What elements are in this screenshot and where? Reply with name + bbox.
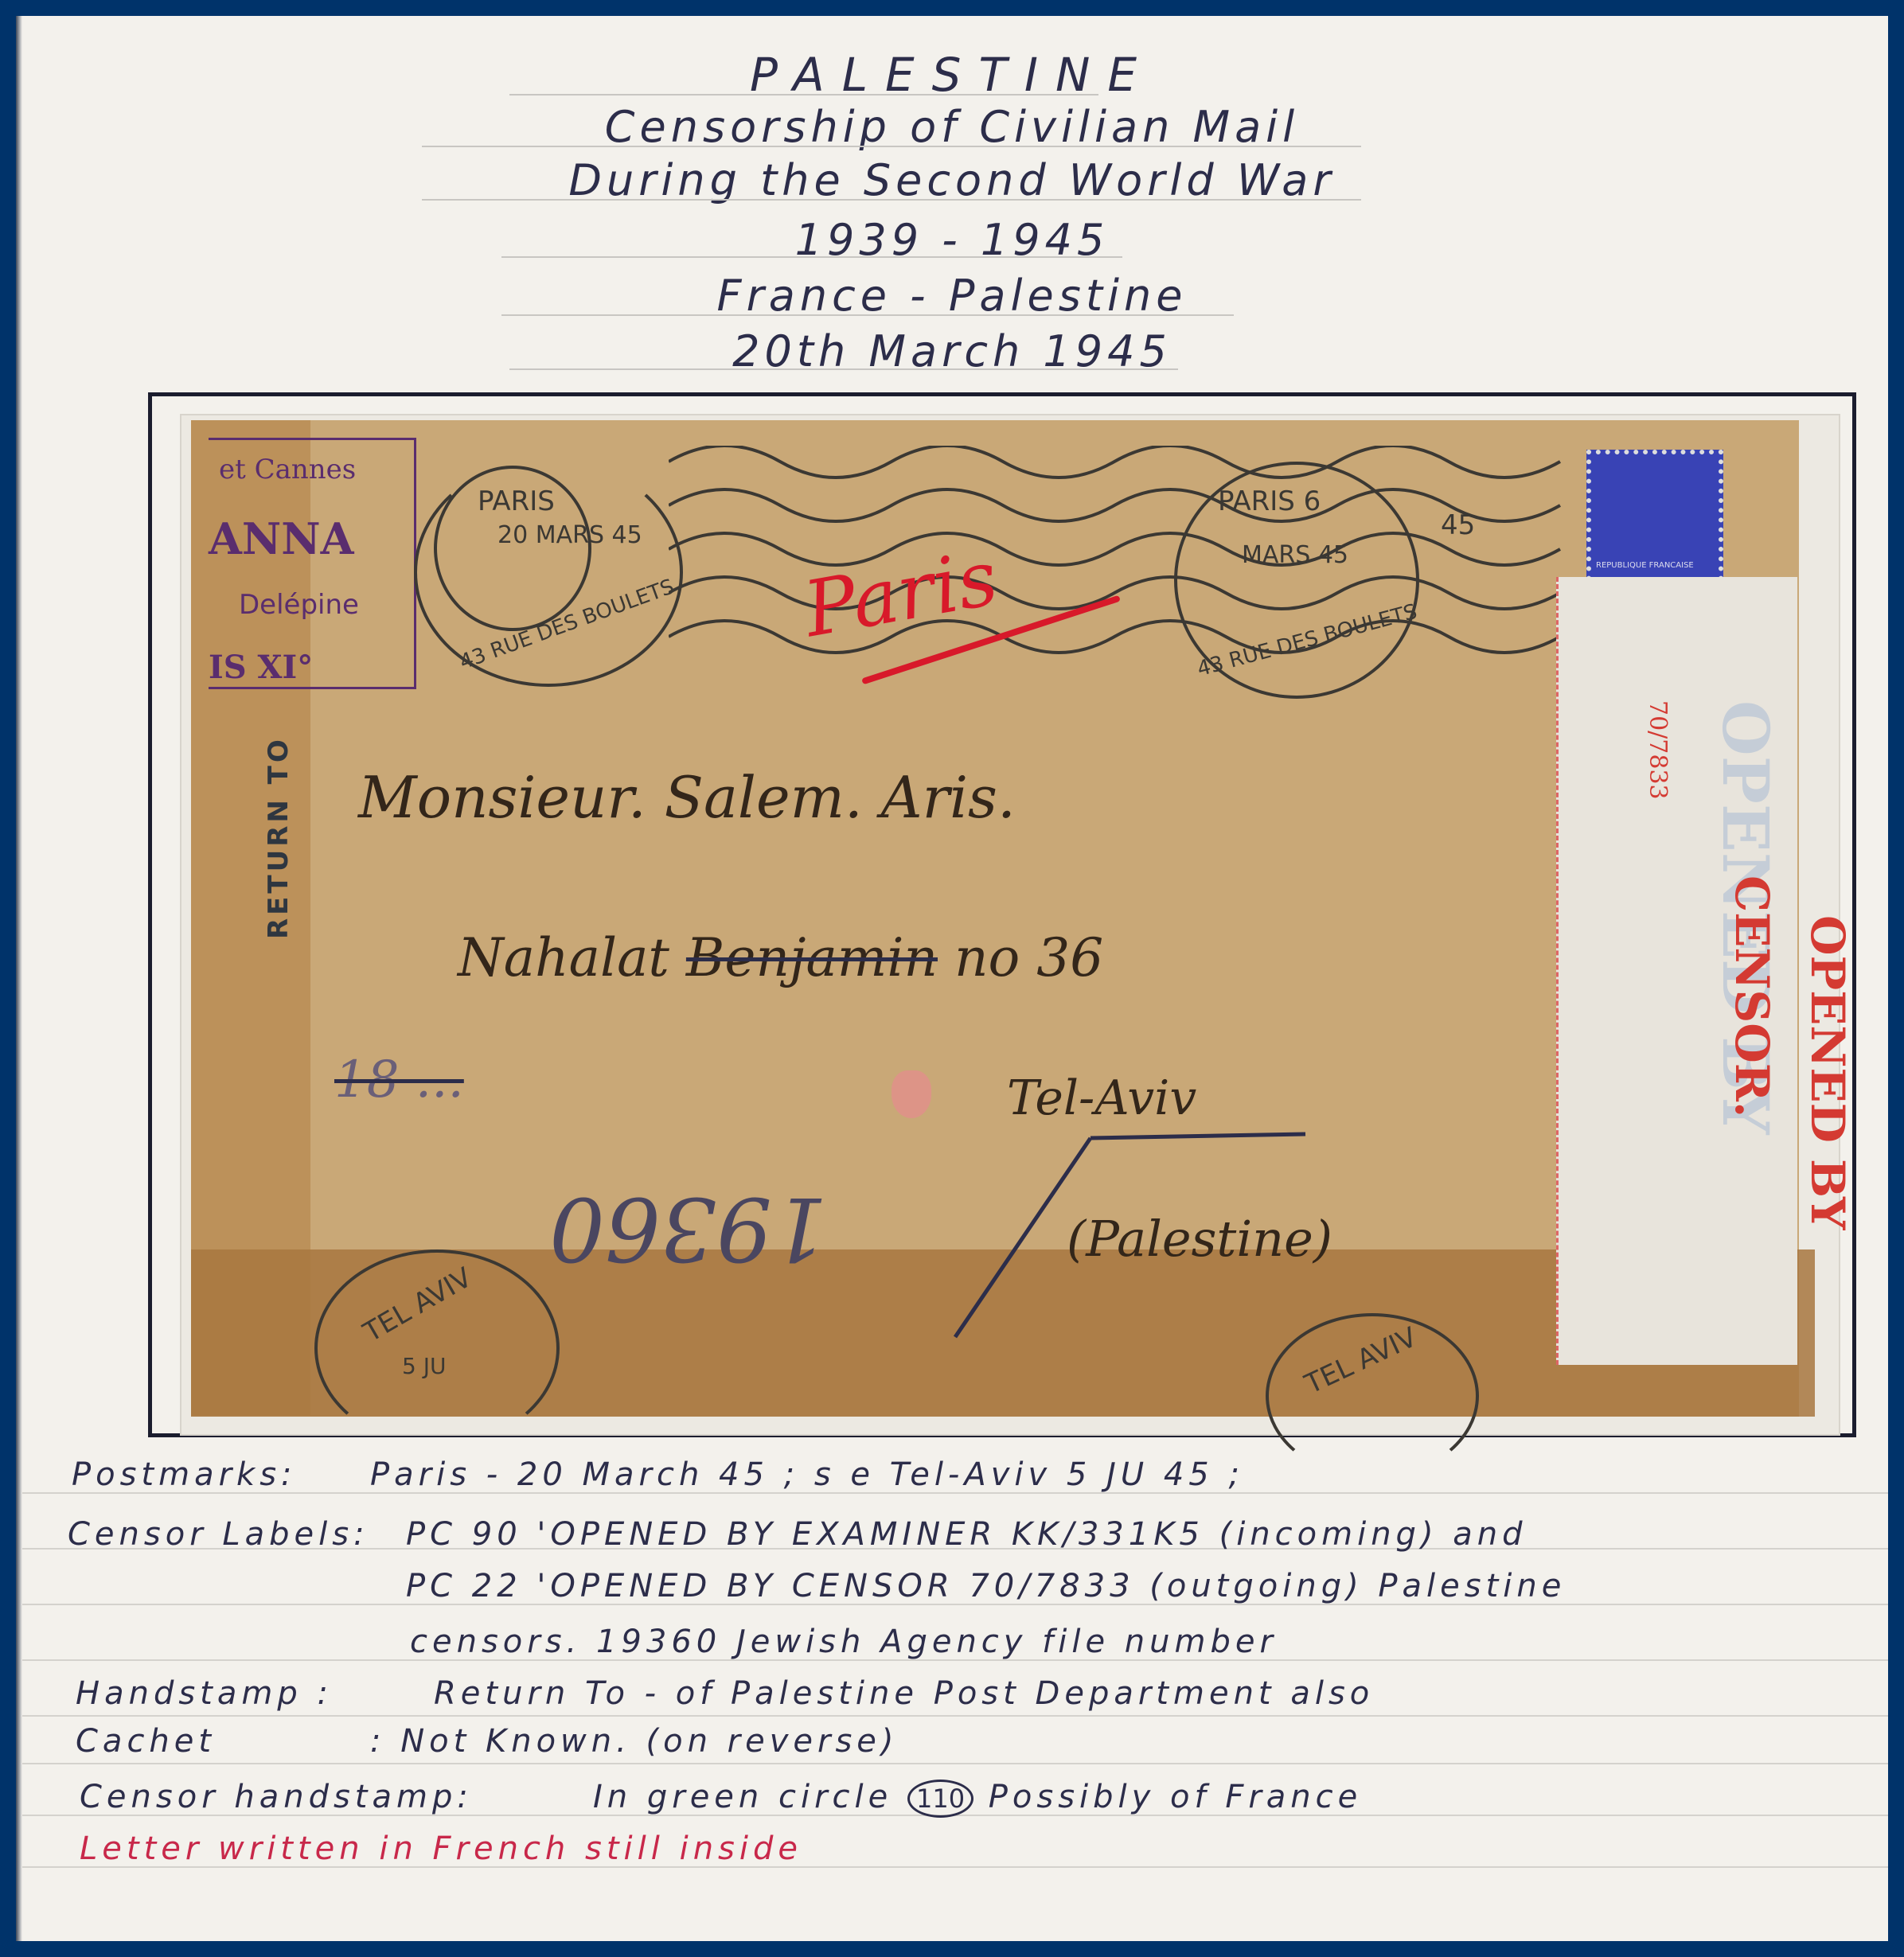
ruled-line <box>22 1715 1888 1717</box>
censor-number: 70/7833 <box>1644 700 1672 800</box>
postmark-city: PARIS 6 <box>1218 485 1321 517</box>
note-value: censors. 19360 Jewish Agency file number <box>410 1624 1278 1660</box>
return-to-handstamp: RETURN TO <box>263 736 295 939</box>
note-label: Handstamp : <box>76 1675 333 1712</box>
note-label: Censor Labels: <box>68 1516 369 1553</box>
pencil-struck-note: 18 ... <box>334 1051 464 1109</box>
machine-cancel-year: 45 <box>1441 509 1475 541</box>
cachet-line: Delépine <box>239 589 359 621</box>
postmark-date: MARS 45 <box>1242 541 1348 569</box>
title-rule <box>501 314 1234 316</box>
note-label: Cachet <box>76 1723 216 1760</box>
censor-label-text: CENSOR. <box>1725 875 1779 1117</box>
jewish-agency-file-number: 19360 <box>549 1178 828 1280</box>
title-line-period: During the Second World War <box>0 155 1904 205</box>
note-text: Letter written in French still inside <box>80 1830 802 1867</box>
note-value-text: In green circle <box>593 1779 892 1815</box>
title-rule <box>501 256 1122 258</box>
note-label: Postmarks: <box>72 1456 297 1493</box>
address-street-number: no 36 <box>954 927 1103 988</box>
note-value-text: Possibly of France <box>989 1779 1362 1815</box>
postmark-date: 5 JU <box>402 1353 446 1379</box>
title-rule <box>509 94 1098 96</box>
note-value: PC 90 'OPENED BY EXAMINER KK/331K5 (inco… <box>406 1516 1527 1553</box>
cachet-line: IS XI° <box>209 649 313 686</box>
note-value: Return To - of Palestine Post Department… <box>434 1675 1374 1712</box>
note-value: PC 22 'OPENED BY CENSOR 70/7833 (outgoin… <box>406 1568 1566 1604</box>
title-line-route: France - Palestine <box>0 271 1904 321</box>
censor-label-opened-by: OPENED BY <box>1801 915 1855 1230</box>
note-value: Paris - 20 March 45 ; s e Tel-Aviv 5 JU … <box>370 1456 1244 1493</box>
address-street: Nahalat Benjamin no 36 <box>458 927 1103 988</box>
title-rule <box>509 368 1178 370</box>
title-rule <box>422 146 1361 147</box>
cachet-line: et Cannes <box>219 454 356 485</box>
postmark-city: PARIS <box>478 485 555 517</box>
note-value: : Not Known. (on reverse) <box>370 1723 899 1760</box>
censor-circle-110: 110 <box>907 1780 973 1818</box>
title-rule <box>422 199 1361 201</box>
address-city: Tel-Aviv <box>1007 1070 1196 1126</box>
address-recipient: Monsieur. Salem. Aris. <box>358 764 1016 831</box>
address-street-name: Nahalat <box>458 927 669 988</box>
stamp-country: REPUBLIQUE FRANCAISE <box>1596 561 1694 570</box>
red-mark <box>892 1070 931 1118</box>
title-line-subject: Censorship of Civilian Mail <box>0 102 1904 152</box>
note-value: In green circle 110 Possibly of France <box>593 1779 1362 1818</box>
postmark-date: 20 MARS 45 <box>497 521 642 549</box>
ruled-line <box>22 1763 1888 1764</box>
cachet-line: ANNA <box>209 513 354 564</box>
address-country: (Palestine) <box>1067 1210 1332 1268</box>
address-street-struck: Benjamin <box>686 927 938 988</box>
note-label: Censor handstamp: <box>80 1779 473 1815</box>
